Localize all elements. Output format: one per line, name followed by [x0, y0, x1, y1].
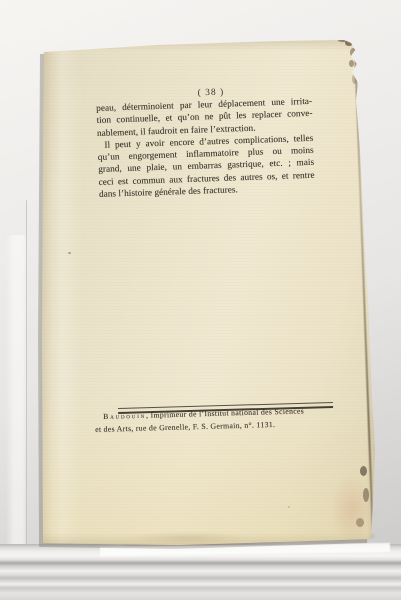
- torn-corner-mark: [349, 60, 354, 67]
- torn-corner-mark: [345, 40, 353, 46]
- paper-stain: [330, 474, 374, 544]
- torn-corner-mark: [350, 48, 356, 57]
- backdrop-fold-line: [26, 200, 27, 547]
- paper-speck: [68, 252, 71, 254]
- paper-stain: [128, 531, 248, 545]
- book-page: ( 38 ) peau, déterminoient par leur dépl…: [38, 36, 380, 548]
- foxing-spot: [360, 466, 367, 476]
- printer-name: Baudouin: [103, 411, 146, 421]
- photo-backdrop: ( 38 ) peau, déterminoient par leur dépl…: [0, 0, 401, 600]
- backdrop-fold-highlight: [6, 235, 28, 547]
- torn-corner-mark: [338, 39, 348, 42]
- body-text: peau, déterminoient par leur déplacement…: [96, 95, 315, 200]
- paper-speck: [288, 506, 290, 508]
